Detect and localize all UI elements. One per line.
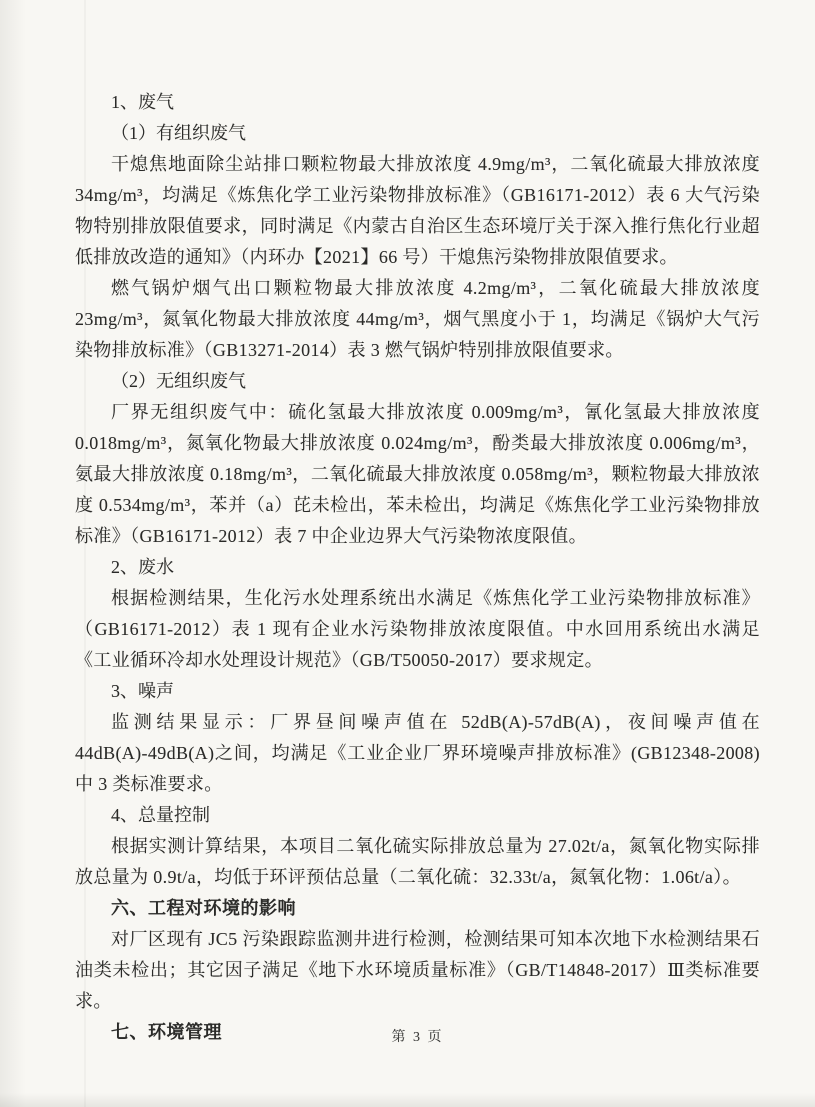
subheading-waste-gas: 1、废气 bbox=[75, 87, 760, 118]
paragraph-total-amount-control: 根据实测计算结果，本项目二氧化硫实际排放总量为 27.02t/a，氮氧化物实际排… bbox=[75, 831, 760, 893]
subheading-organized-waste-gas: （1）有组织废气 bbox=[75, 118, 760, 149]
paragraph-noise: 监测结果显示：厂界昼间噪声值在 52dB(A)-57dB(A)，夜间噪声值在 4… bbox=[75, 707, 760, 800]
paragraph-gas-boiler: 燃气锅炉烟气出口颗粒物最大排放浓度 4.2mg/m³，二氧化硫最大排放浓度 23… bbox=[75, 273, 760, 366]
paragraph-cdq-dust-station: 干熄焦地面除尘站排口颗粒物最大排放浓度 4.9mg/m³，二氧化硫最大排放浓度 … bbox=[75, 149, 760, 273]
page-number: 第 3 页 bbox=[75, 1022, 760, 1053]
paragraph-boundary-unorganized: 厂界无组织废气中：硫化氢最大排放浓度 0.009mg/m³，氰化氢最大排放浓度 … bbox=[75, 397, 760, 552]
subheading-unorganized-waste-gas: （2）无组织废气 bbox=[75, 366, 760, 397]
scan-bottom-edge-shading bbox=[0, 1093, 815, 1107]
heading-project-environment-impact: 六、工程对环境的影响 bbox=[75, 893, 760, 924]
paragraph-waste-water: 根据检测结果，生化污水处理系统出水满足《炼焦化学工业污染物排放标准》（GB161… bbox=[75, 583, 760, 676]
paragraph-groundwater-monitoring: 对厂区现有 JC5 污染跟踪监测井进行检测，检测结果可知本次地下水检测结果石油类… bbox=[75, 924, 760, 1017]
subheading-waste-water: 2、废水 bbox=[75, 552, 760, 583]
subheading-noise: 3、噪声 bbox=[75, 676, 760, 707]
document-page: 1、废气 （1）有组织废气 干熄焦地面除尘站排口颗粒物最大排放浓度 4.9mg/… bbox=[0, 0, 815, 1107]
subheading-total-amount-control: 4、总量控制 bbox=[75, 800, 760, 831]
document-body: 1、废气 （1）有组织废气 干熄焦地面除尘站排口颗粒物最大排放浓度 4.9mg/… bbox=[0, 0, 815, 1048]
